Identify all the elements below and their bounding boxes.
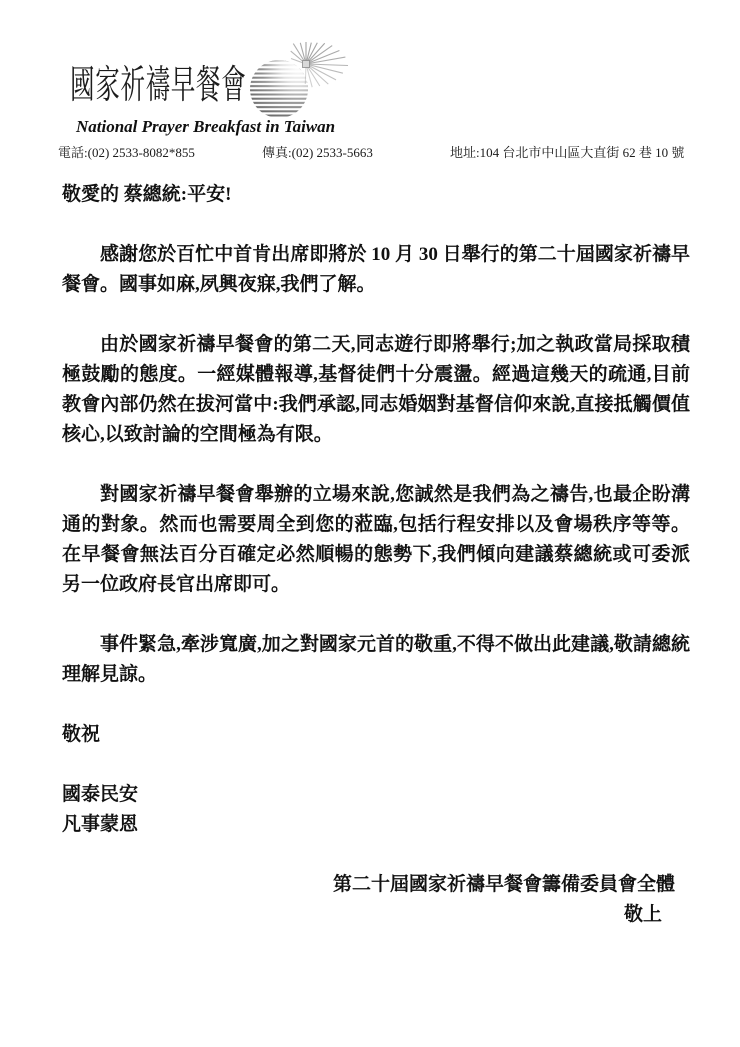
signature-committee: 第二十屆國家祈禱早餐會籌備委員會全體 <box>62 870 690 900</box>
letter-page: 國家祈禱早餐會 <box>0 0 740 1047</box>
paragraph-2: 由於國家祈禱早餐會的第二天,同志遊行即將舉行;加之執政當局採取積極鼓勵的態度。一… <box>62 330 690 450</box>
paragraph-4: 事件緊急,牽涉寬廣,加之對國家元首的敬重,不得不做出此建議,敬請總統理解見諒。 <box>62 630 690 690</box>
letter-body: 敬愛的 蔡總統:平安! 感謝您於百忙中首肯出席即將於 10 月 30 日舉行的第… <box>62 0 690 1047</box>
signoff: 敬上 <box>62 900 690 930</box>
blessing-line-2: 凡事蒙恩 <box>62 810 690 840</box>
blessing-line-1: 國泰民安 <box>62 780 690 810</box>
salutation: 敬愛的 蔡總統:平安! <box>62 180 690 210</box>
closing-phrase: 敬祝 <box>62 720 690 750</box>
paragraph-3: 對國家祈禱早餐會舉辦的立場來說,您誠然是我們為之禱告,也最企盼溝通的對象。然而也… <box>62 480 690 600</box>
paragraph-1: 感謝您於百忙中首肯出席即將於 10 月 30 日舉行的第二十屆國家祈禱早餐會。國… <box>62 240 690 300</box>
